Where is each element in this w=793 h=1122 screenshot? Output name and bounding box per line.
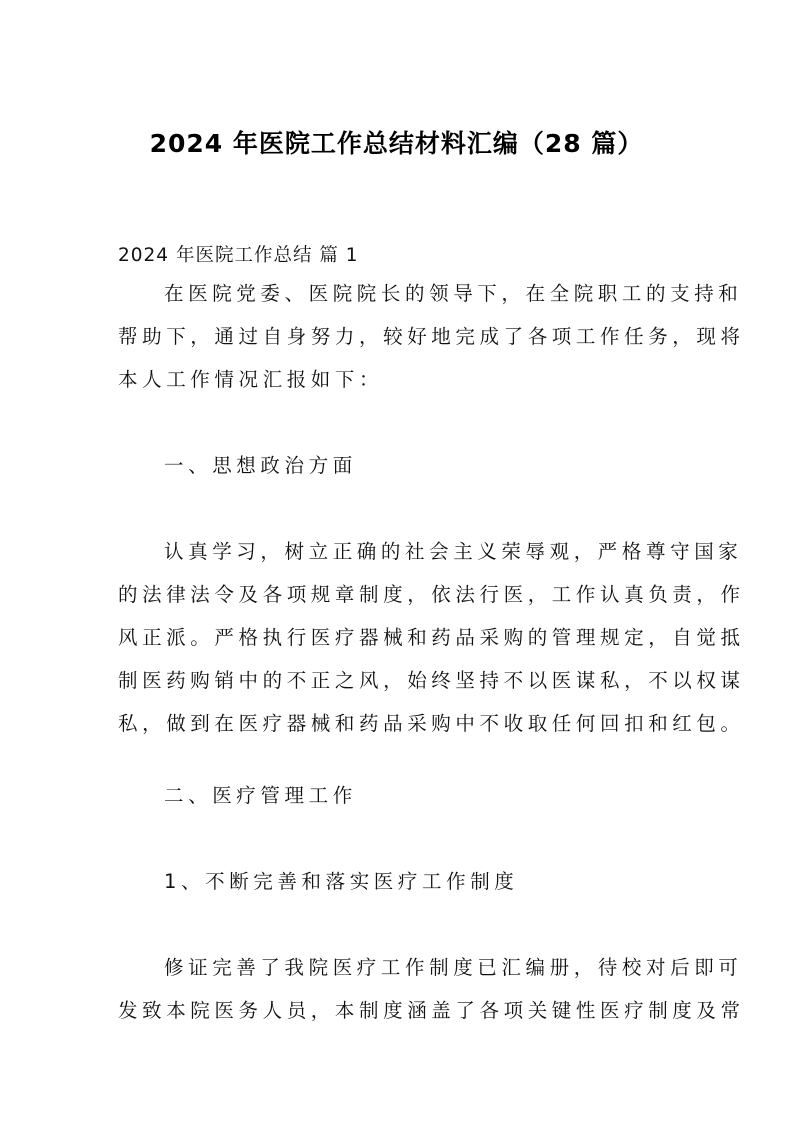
subheading-medical-systems: 1、不断完善和落实医疗工作制度 [164, 867, 724, 897]
paragraph-line: 风正派。严格执行医疗器械和药品采购的管理规定，自觉抵 [118, 623, 678, 653]
paragraph-line: 本人工作情况汇报如下： [118, 365, 678, 395]
heading-ideology-politics: 一、思想政治方面 [164, 451, 724, 481]
paragraph-line: 在医院党委、医院院长的领导下，在全院职工的支持和 [164, 279, 724, 309]
section-heading: 2024 年医院工作总结 篇 1 [118, 241, 678, 271]
paragraph-line: 修证完善了我院医疗工作制度已汇编册，待校对后即可 [164, 953, 724, 983]
heading-medical-management: 二、医疗管理工作 [164, 781, 724, 811]
paragraph-line: 制医药购销中的不正之风，始终坚持不以医谋私，不以权谋 [118, 666, 678, 696]
paragraph-line: 的法律法令及各项规章制度，依法行医，工作认真负责，作 [118, 580, 678, 610]
paragraph-line: 发致本院医务人员，本制度涵盖了各项关键性医疗制度及常 [118, 996, 678, 1026]
document-title: 2024 年医院工作总结材料汇编（28 篇） [0, 126, 793, 162]
paragraph-line: 帮助下，通过自身努力，较好地完成了各项工作任务，现将 [118, 322, 678, 352]
paragraph-line: 认真学习，树立正确的社会主义荣辱观，严格尊守国家 [164, 537, 724, 567]
paragraph-line: 私，做到在医疗器械和药品采购中不收取任何回扣和红包。 [118, 709, 678, 739]
document-page: 2024 年医院工作总结材料汇编（28 篇） 2024 年医院工作总结 篇 1 … [0, 0, 793, 1122]
